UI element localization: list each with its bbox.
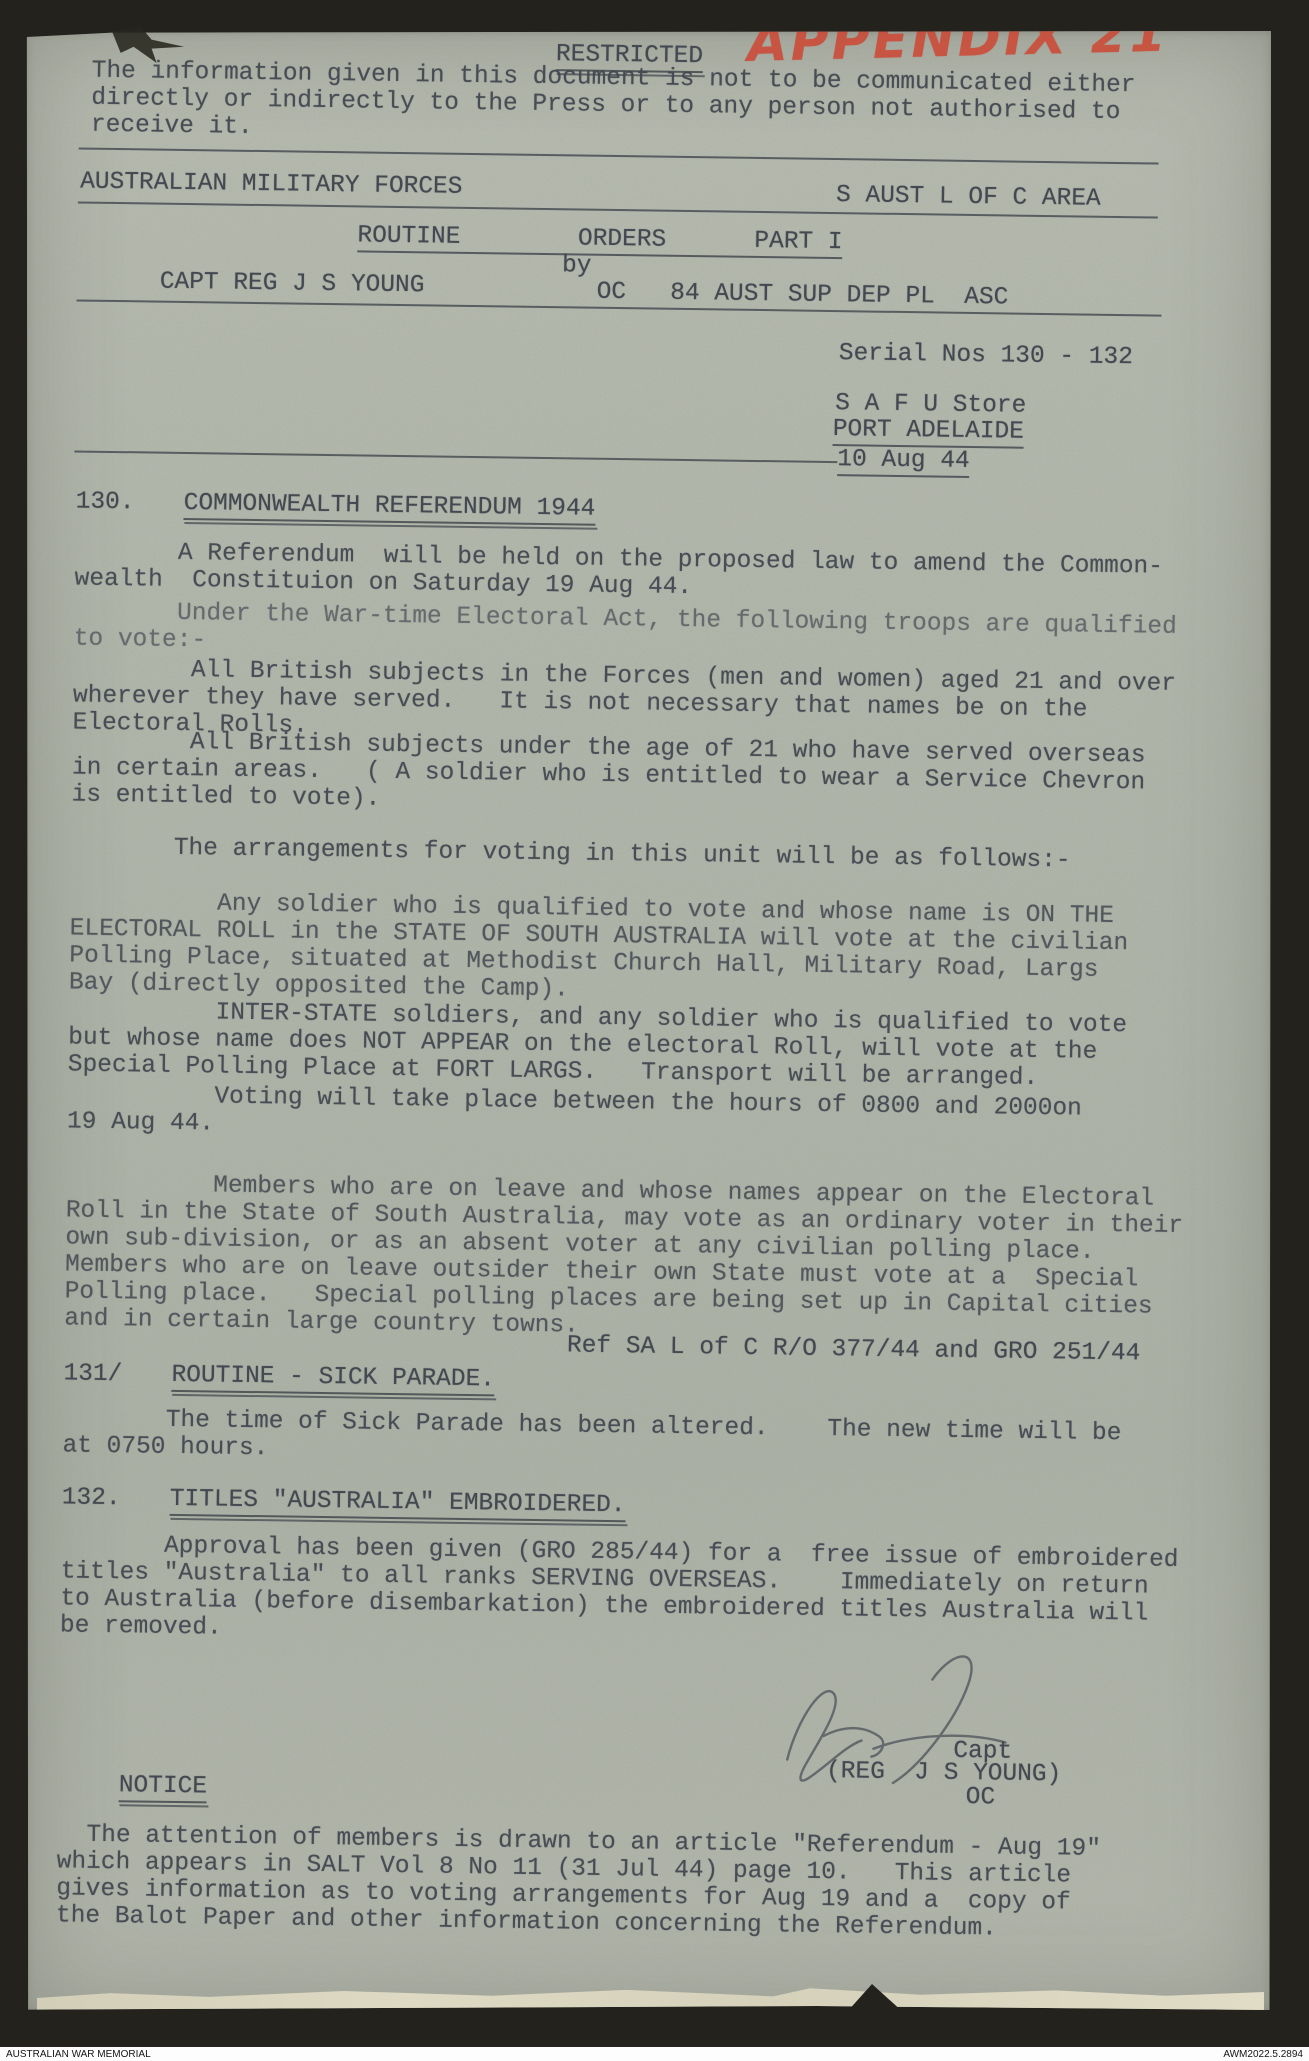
para-members-on-leave: Members who are on leave and whose names… bbox=[64, 1170, 1184, 1348]
section-130-heading: COMMONWEALTH REFERENDUM 1944 bbox=[183, 490, 595, 526]
unit-command: OC 84 AUST SUP DEP PL ASC bbox=[596, 279, 1008, 312]
force-title: AUSTRALIAN MILITARY FORCES bbox=[80, 169, 463, 201]
scanned-document-page: { "doc": { "classification": "RESTRICTED… bbox=[0, 0, 1309, 2061]
place-text: PORT ADELAIDE bbox=[833, 416, 1025, 449]
para-voting-hours: Voting will take place between the hours… bbox=[67, 1081, 1082, 1149]
place-name: PORT ADELAIDE bbox=[833, 416, 1024, 446]
security-notice: The information given in this document i… bbox=[91, 58, 1136, 154]
paper-bottom-notch bbox=[846, 1984, 904, 2013]
para-referendum-held: A Referendum will be held on the propose… bbox=[74, 538, 1163, 607]
signature-name: (REG J S YOUNG) bbox=[826, 1758, 1062, 1788]
serial-numbers: Serial Nos 130 - 132 bbox=[839, 340, 1133, 371]
by-label: by bbox=[562, 252, 592, 279]
notice-title: NOTICE bbox=[119, 1772, 208, 1803]
date-line: 10 Aug 44 bbox=[837, 446, 970, 475]
section-130-title: COMMONWEALTH REFERENDUM 1944 bbox=[183, 490, 595, 526]
section-131-number: 131/ bbox=[63, 1360, 122, 1388]
archive-footer: AUSTRALIAN WAR MEMORIAL AWM2022.5.2894 bbox=[0, 2047, 1309, 2061]
document-paper: RESTRICTED APPENDIX 21 The information g… bbox=[25, 31, 1272, 2012]
store-name: S A F U Store bbox=[835, 390, 1026, 420]
para-arrangements: The arrangements for voting in this unit… bbox=[71, 833, 1071, 874]
divider-rule-date bbox=[74, 450, 837, 463]
typewritten-content: RESTRICTED APPENDIX 21 The information g… bbox=[0, 31, 1272, 2029]
signature-role: OC bbox=[966, 1784, 996, 1811]
officer-name: CAPT REG J S YOUNG bbox=[160, 269, 425, 300]
notice-body: The attention of members is drawn to an … bbox=[56, 1821, 1101, 1944]
section-132-heading: TITLES "AUSTRALIA" EMBROIDERED. bbox=[170, 1486, 626, 1522]
orders-title-row: ROUTINE ORDERS PART I bbox=[357, 222, 843, 256]
para-titles-australia: Approval has been given (GRO 285/44) for… bbox=[60, 1531, 1179, 1655]
section-132-number: 132. bbox=[62, 1484, 121, 1512]
appendix-annotation: APPENDIX 21 bbox=[747, 21, 1169, 58]
section-130-number: 130. bbox=[76, 488, 135, 516]
para-subjects-under-21: All British subjects under the age of 21… bbox=[71, 727, 1145, 823]
section-131-title: ROUTINE - SICK PARADE. bbox=[171, 1362, 495, 1397]
section-132-title: TITLES "AUSTRALIA" EMBROIDERED. bbox=[170, 1486, 626, 1522]
para-sick-parade: The time of Sick Parade has been altered… bbox=[62, 1405, 1121, 1474]
section-131-heading: ROUTINE - SICK PARADE. bbox=[171, 1362, 495, 1397]
notice-heading: NOTICE bbox=[119, 1772, 208, 1803]
area-title: S AUST L OF C AREA bbox=[836, 182, 1101, 213]
archive-institution: AUSTRALIAN WAR MEMORIAL bbox=[6, 2049, 151, 2060]
para-on-roll-voting: Any soldier who is qualified to vote and… bbox=[69, 888, 1129, 1011]
archive-reference: AWM2022.5.2894 bbox=[1223, 2049, 1303, 2060]
orders-title: ROUTINE ORDERS PART I bbox=[357, 222, 843, 259]
date-text: 10 Aug 44 bbox=[837, 446, 970, 478]
para-interstate: INTER-STATE soldiers, and any soldier wh… bbox=[68, 997, 1128, 1093]
